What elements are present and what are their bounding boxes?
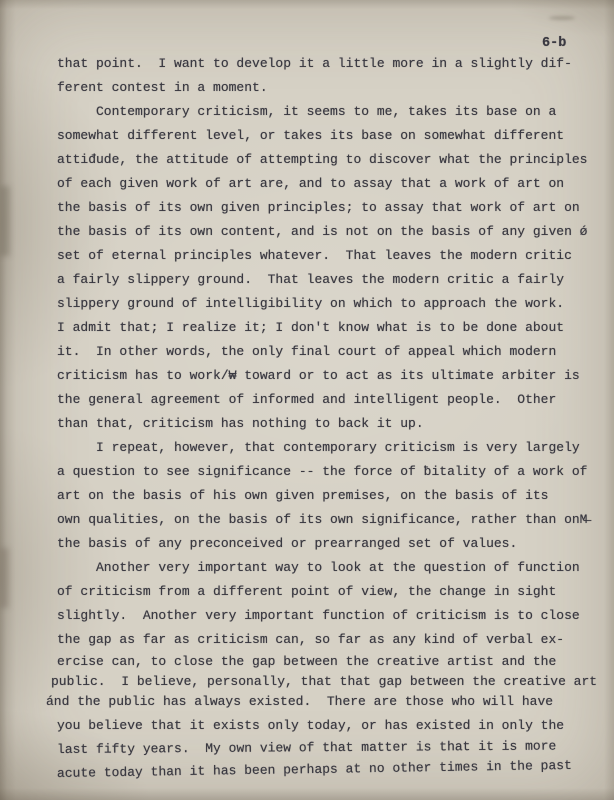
text-line: the gap as far as criticism can, so far …	[57, 628, 587, 652]
text-line: set of eternal principles whatever. That…	[57, 244, 587, 268]
text-line: ánd the public has always existed. There…	[46, 690, 587, 714]
text-line: art on the basis of his own given premis…	[57, 484, 587, 508]
text-line: of each given work of art are, and to as…	[57, 172, 587, 196]
scan-smudge	[0, 548, 9, 608]
text-line: own qualities, on the basis of its own s…	[57, 508, 587, 532]
scan-smudge	[0, 186, 10, 256]
text-line: than that, criticism has nothing to back…	[57, 412, 587, 436]
text-line: the basis of any preconceived or prearra…	[57, 532, 587, 556]
page-number: 6-b	[542, 36, 566, 51]
text-line: the general agreement of informed and in…	[57, 388, 587, 412]
text-line: I admit that; I realize it; I don't know…	[57, 316, 587, 340]
text-line: Contemporary criticism, it seems to me, …	[57, 100, 587, 124]
text-line: ferent contest in a moment.	[57, 76, 587, 100]
scanned-page: 6-b that point. I want to develop it a l…	[0, 0, 614, 800]
text-line: criticism has to work/₩ toward or to act…	[57, 364, 587, 388]
text-line: that point. I want to develop it a littl…	[57, 52, 587, 76]
text-line: of criticism from a different point of v…	[57, 580, 587, 604]
text-line: slippery ground of intelligibility on wh…	[57, 292, 587, 316]
document-text: that point. I want to develop it a littl…	[57, 52, 587, 786]
text-line: a question to see significance -- the fo…	[57, 460, 587, 484]
text-line: somewhat different level, or takes its b…	[57, 124, 587, 148]
text-line: Another very important way to look at th…	[57, 556, 587, 580]
text-line: attiđude, the attitude of attempting to …	[57, 148, 587, 172]
text-line: slightly. Another very important functio…	[57, 604, 587, 628]
text-line: the basis of its own content, and is not…	[57, 220, 587, 244]
text-line: it. In other words, the only final court…	[57, 340, 587, 364]
text-line: a fairly slippery ground. That leaves th…	[57, 268, 587, 292]
scan-crease-mark	[549, 16, 575, 20]
text-line: I repeat, however, that contemporary cri…	[57, 436, 587, 460]
text-line: the basis of its own given principles; t…	[57, 196, 587, 220]
